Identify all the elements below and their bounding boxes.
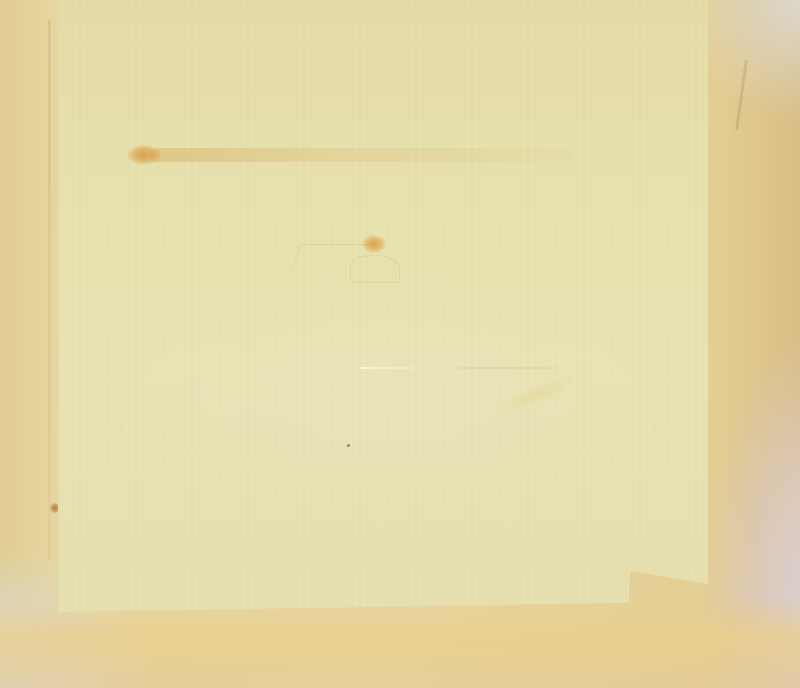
background-crease-left (48, 20, 51, 560)
faint-line-mark (360, 367, 610, 369)
background-bottom-band (0, 598, 800, 688)
rust-stain-middle (362, 235, 386, 253)
stain-streak (150, 148, 600, 162)
faint-pencil-loop (350, 255, 400, 283)
rust-stain-upper (127, 145, 161, 165)
small-dot-mark (347, 444, 350, 447)
paper-sheet (58, 0, 708, 612)
